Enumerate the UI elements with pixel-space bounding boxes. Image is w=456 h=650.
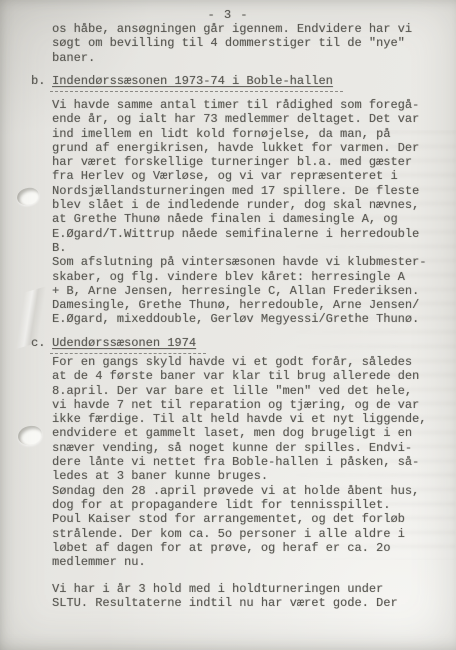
punch-hole-bottom <box>17 425 43 446</box>
section-c-title: Udendørssæsonen 1974 <box>52 336 196 350</box>
section-c-letter: c. <box>31 336 52 350</box>
section-b-title: Indendørssæsonen 1973-74 i Boble-hallen <box>52 74 333 88</box>
section-b-letter: b. <box>31 74 52 88</box>
intro-paragraph: os håbe, ansøgningen går igennem. Endvid… <box>52 22 412 65</box>
scanned-document-page: - 3 - os håbe, ansøgningen går igennem. … <box>0 0 456 650</box>
section-c-heading: c.Udendørssæsonen 1974 <box>31 336 196 350</box>
punch-hole-top <box>16 187 40 207</box>
section-b-heading: b.Indendørssæsonen 1973-74 i Boble-halle… <box>31 74 333 88</box>
section-b-paragraph: Vi havde samme antal timer til rådighed … <box>52 98 426 327</box>
section-c-paragraph-1: For en gangs skyld havde vi et godt forå… <box>52 355 426 569</box>
section-c-paragraph-2: Vi har i år 3 hold med i holdturneringen… <box>52 582 398 611</box>
page-number: - 3 - <box>0 8 456 22</box>
